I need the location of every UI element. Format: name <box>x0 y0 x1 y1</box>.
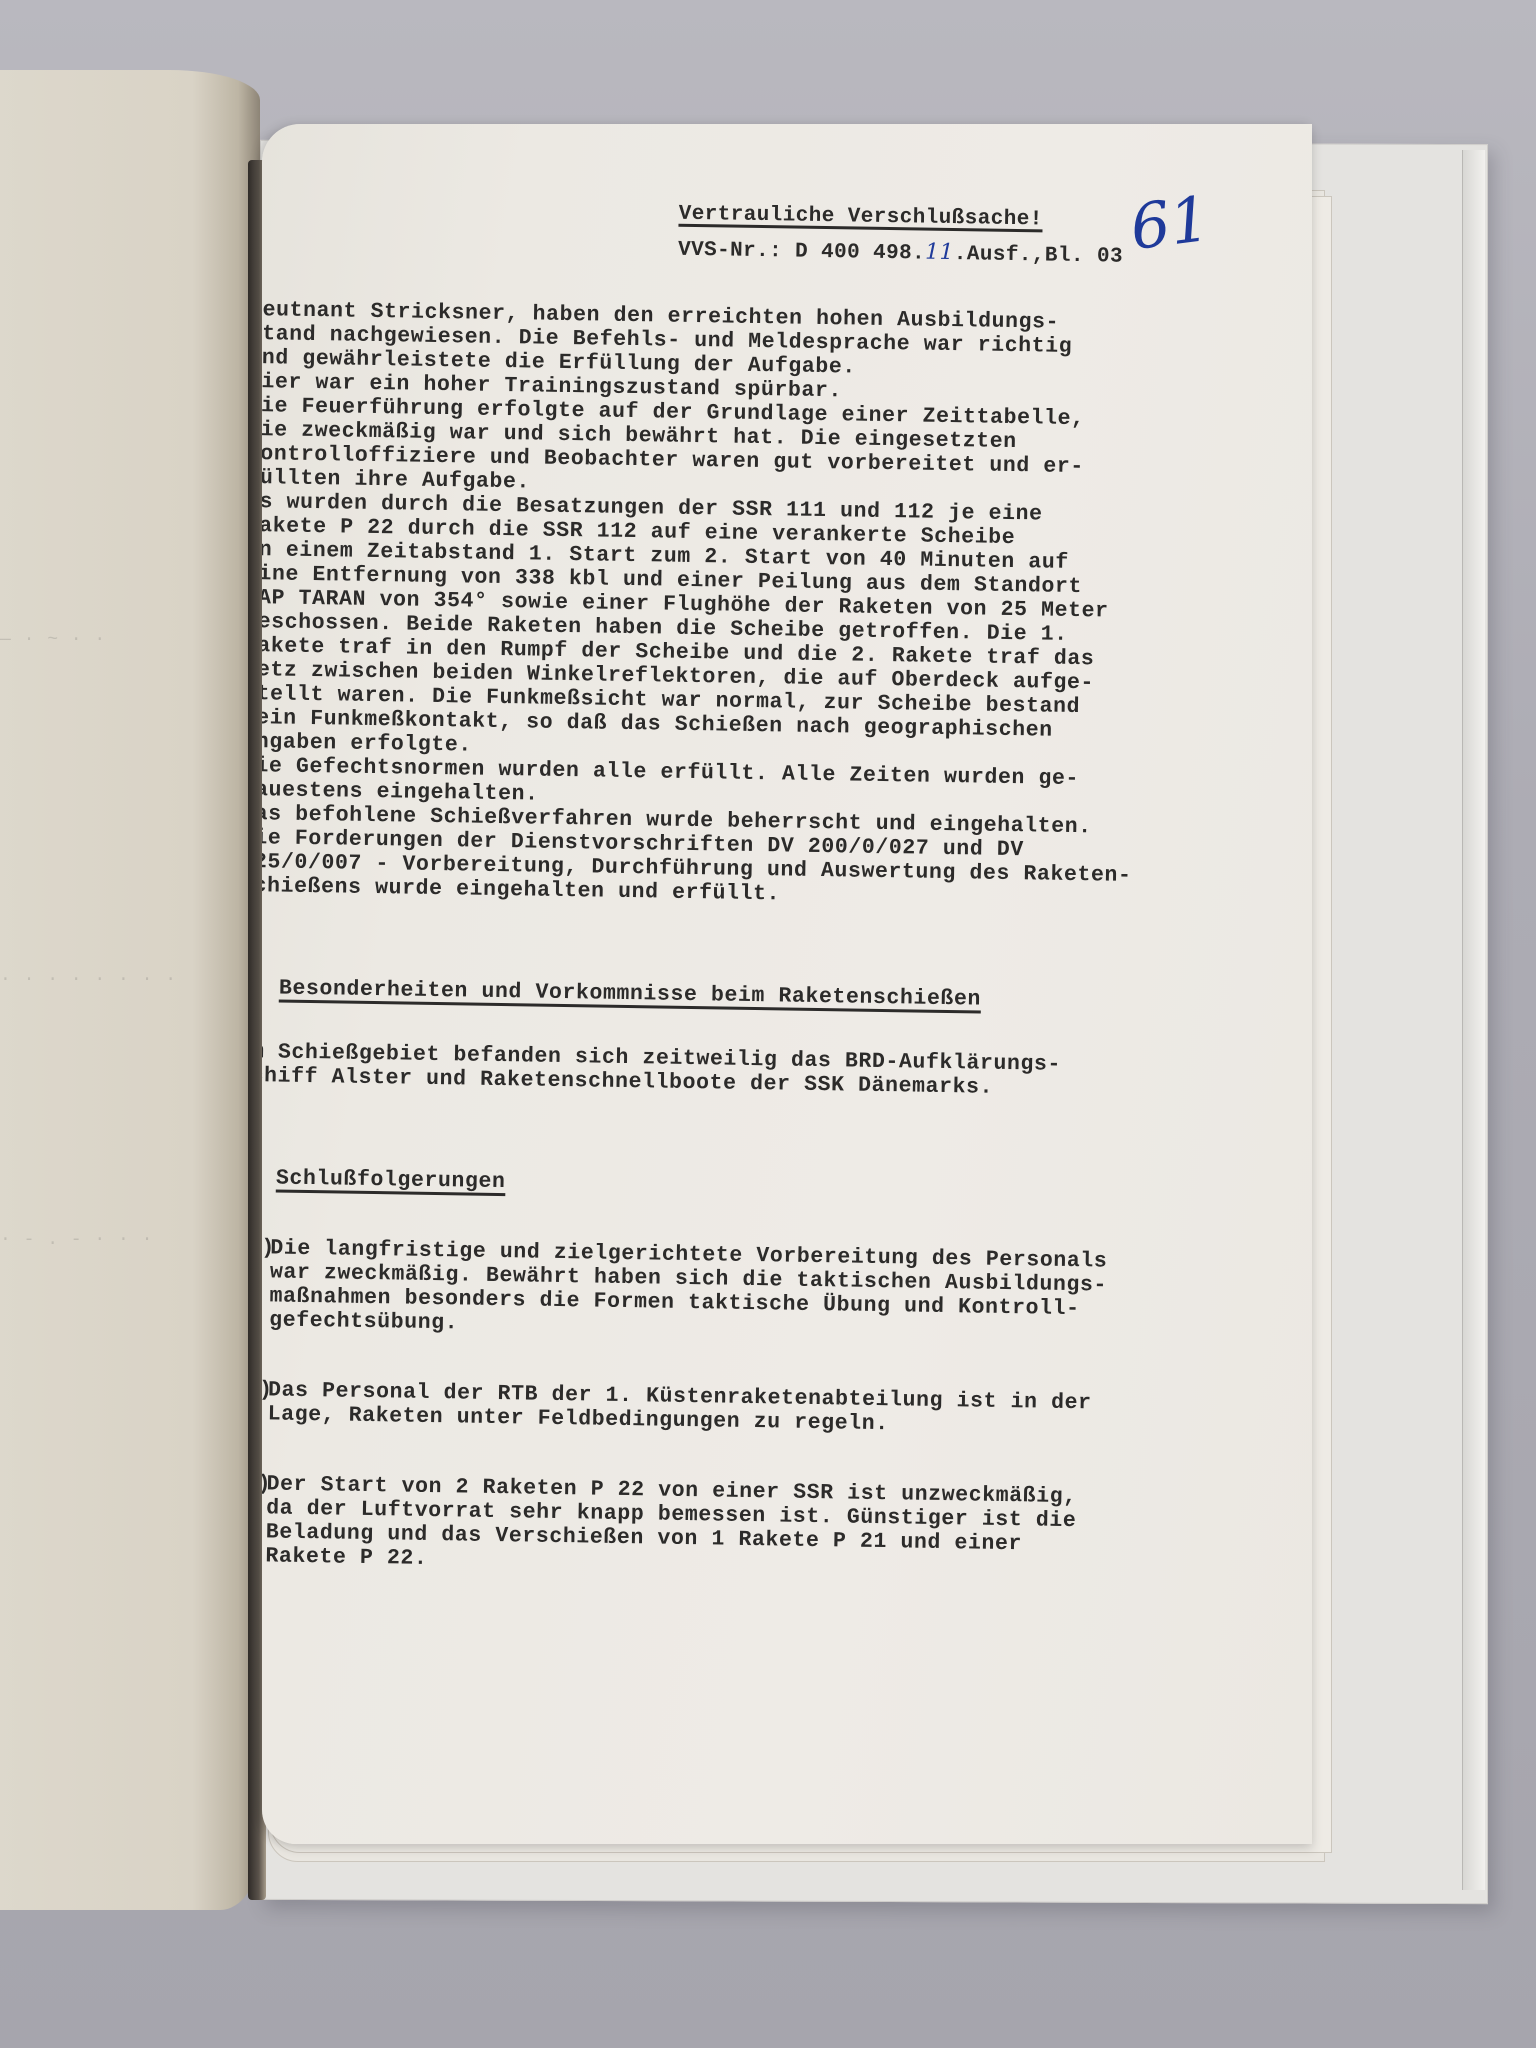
reference-number: VVS-Nr.: D 400 498.11.Ausf.,Bl. 03 <box>678 236 1123 269</box>
reference-suffix: .Ausf.,Bl. 03 <box>954 243 1123 269</box>
conclusion-item: (3)Der Start von 2 Raketen P 22 von eine… <box>262 1472 1271 1584</box>
handwritten-copy-number: 11 <box>925 240 954 265</box>
document-body: Leutnant Stricksner, haben den erreichte… <box>262 298 1289 1584</box>
conclusion-text: Der Start von 2 Raketen P 22 von einer S… <box>265 1472 1270 1584</box>
section-title: Schlußfolgerungen <box>276 1167 506 1195</box>
body-paragraphs: Leutnant Stricksner, haben den erreichte… <box>262 298 1289 914</box>
handwritten-page-number: 61 <box>1126 182 1213 264</box>
folder-edge <box>1462 150 1485 1890</box>
document-page: Vertrauliche Verschlußsache! VVS-Nr.: D … <box>262 124 1312 1844</box>
page-content: Vertrauliche Verschlußsache! VVS-Nr.: D … <box>262 124 1312 1844</box>
section-number: 4. <box>262 1166 263 1190</box>
show-through-text: · · · · · · · · <box>0 970 220 990</box>
conclusion-text: Die langfristige und zielgerichtete Vorb… <box>269 1236 1274 1348</box>
show-through-text: — · ~ · · <box>0 630 220 650</box>
conclusion-text: Das Personal der RTB der 1. Küstenrakete… <box>268 1378 1273 1442</box>
show-through-text: · - . - · · · <box>0 1230 220 1250</box>
conclusion-item: (2)Das Personal der RTB der 1. Küstenrak… <box>262 1378 1272 1442</box>
classification-title: Vertrauliche Verschlußsache! <box>678 203 1042 232</box>
conclusion-item: (1)Die langfristige und zielgerichtete V… <box>262 1236 1274 1348</box>
section-4-heading: 4. Schlußfolgerungen <box>262 1166 1276 1206</box>
left-page: — · ~ · · · · · · · · · · · - . - · · · <box>0 70 260 1910</box>
section-number: 3. <box>262 976 266 1000</box>
reference-prefix: VVS-Nr.: D 400 498. <box>678 239 925 266</box>
conclusions-list: (1)Die langfristige und zielgerichtete V… <box>262 1236 1274 1584</box>
classification-header: Vertrauliche Verschlußsache! VVS-Nr.: D … <box>678 203 1124 269</box>
